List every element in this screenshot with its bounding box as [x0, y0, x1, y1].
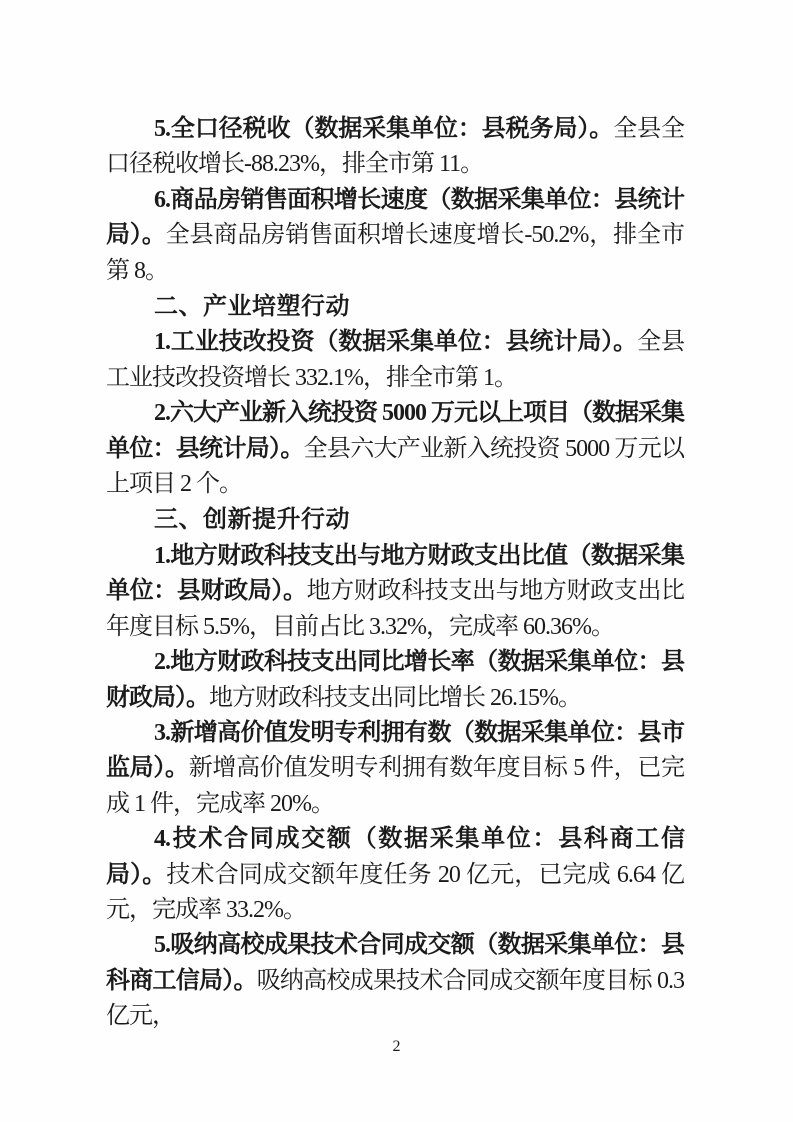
item-text: 全县商品房销售面积增长速度增长-50.2%，排全市第 8。: [106, 222, 684, 283]
section-heading-innovation: 三、创新提升行动: [106, 502, 684, 538]
item-text: 地方财政科技支出同比增长 26.15%。: [209, 685, 581, 711]
section-heading-text: 三、创新提升行动: [154, 506, 350, 533]
section-heading-industry-cultivation: 二、产业培塑行动: [106, 289, 684, 325]
section-heading-text: 二、产业培塑行动: [154, 293, 350, 320]
paragraph-fiscal-tech-growth: 2.地方财政科技支出同比增长率（数据采集单位：县财政局）。地方财政科技支出同比增…: [106, 645, 684, 716]
paragraph-six-industries-investment: 2.六大产业新入统投资 5000 万元以上项目（数据采集单位：县统计局）。全县六…: [106, 396, 684, 502]
document-page: 5.全口径税收（数据采集单位：县税务局）。全县全口径税收增长-88.23%，排全…: [0, 0, 793, 1122]
paragraph-industrial-tech-investment: 1.工业技改投资（数据采集单位：县统计局）。全县工业技改投资增长 332.1%，…: [106, 325, 684, 396]
paragraph-tax-revenue: 5.全口径税收（数据采集单位：县税务局）。全县全口径税收增长-88.23%，排全…: [106, 112, 684, 183]
item-title-bold: 1.工业技改投资（数据采集单位：县统计局）。: [154, 329, 637, 355]
paragraph-fiscal-tech-ratio: 1.地方财政科技支出与地方财政支出比值（数据采集单位：县财政局）。地方财政科技支…: [106, 539, 684, 645]
item-title-bold: 5.全口径税收（数据采集单位：县税务局）。: [154, 116, 613, 142]
paragraph-invention-patents: 3.新增高价值发明专利拥有数（数据采集单位：县市监局）。新增高价值发明专利拥有数…: [106, 716, 684, 822]
paragraph-tech-contract-turnover: 4.技术合同成交额（数据采集单位：县科商工信局）。技术合同成交额年度任务 20 …: [106, 822, 684, 928]
item-text: 技术合同成交额年度任务 20 亿元，已完成 6.64 亿元，完成率 33.2%。: [106, 862, 684, 923]
document-body: 5.全口径税收（数据采集单位：县税务局）。全县全口径税收增长-88.23%，排全…: [106, 112, 684, 1035]
paragraph-university-contract-turnover: 5.吸纳高校成果技术合同成交额（数据采集单位：县科商工信局）。吸纳高校成果技术合…: [106, 928, 684, 1034]
item-text: 新增高价值发明专利拥有数年度目标 5 件，已完成 1 件，完成率 20%。: [106, 755, 684, 816]
paragraph-housing-sales: 6.商品房销售面积增长速度（数据采集单位：县统计局）。全县商品房销售面积增长速度…: [106, 183, 684, 289]
page-number: 2: [0, 1038, 793, 1056]
